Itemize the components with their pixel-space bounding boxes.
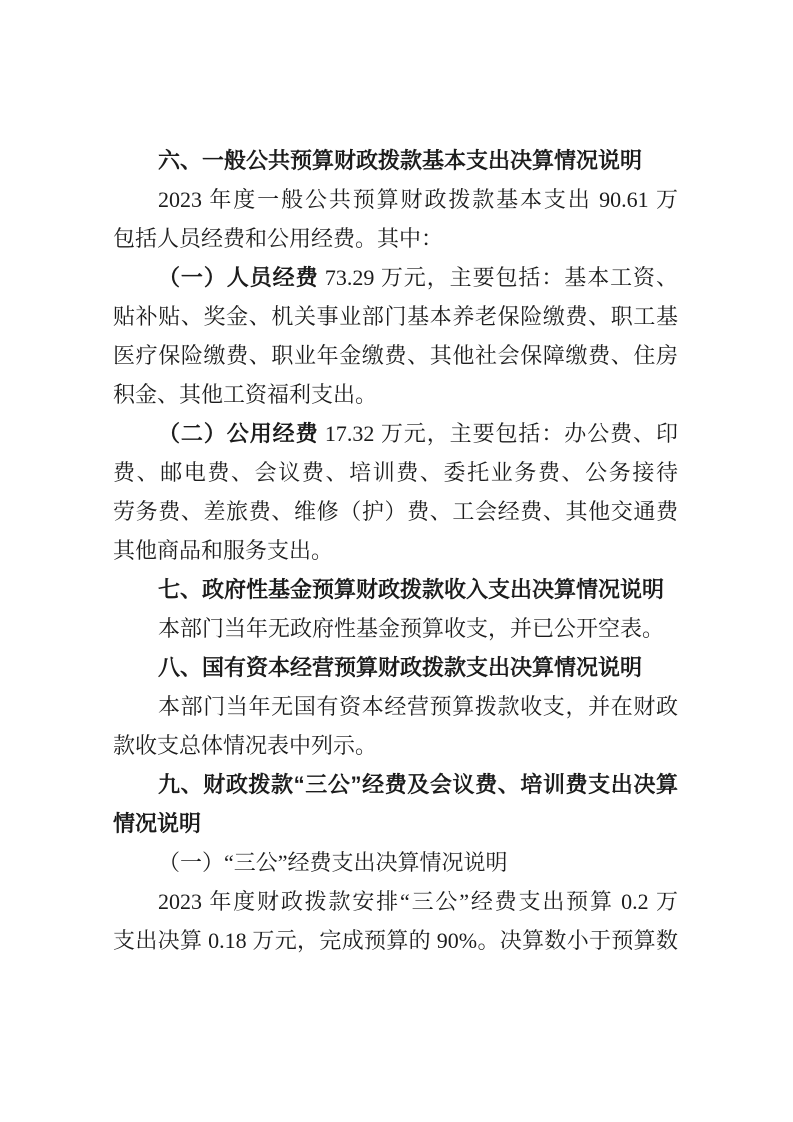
text-segment: 情况说明 xyxy=(113,811,201,836)
subsection-9-1-heading: （一）“三公”经费支出决算情况说明 xyxy=(113,843,678,882)
para-sangong-line-2: 支出决算 0.18 万元，完成预算的 90%。决算数小于预算数的 xyxy=(113,921,678,960)
text-segment: 医疗保险缴费、职业年金缴费、其他社会保障缴费、住房公 xyxy=(113,343,678,375)
text-segment: 款收支总体情况表中列示。 xyxy=(113,733,377,758)
para-public-expense-line-2: 费、邮电费、会议费、培训费、委托业务费、公务接待费、 xyxy=(113,453,678,492)
para-personnel-line-1: （一）人员经费 73.29 万元，主要包括：基本工资、津 xyxy=(113,258,678,297)
text-segment: 费、邮电费、会议费、培训费、委托业务费、公务接待费、 xyxy=(113,460,678,492)
text-segment: 劳务费、差旅费、维修（护）费、工会经费、其他交通费用、 xyxy=(113,499,678,531)
para-personnel-line-4: 积金、其他工资福利支出。 xyxy=(113,375,678,414)
text-segment: 七、政府性基金预算财政拨款收入支出决算情况说明 xyxy=(158,577,664,602)
text-segment: 本部门当年无政府性基金预算收支，并已公开空表。 xyxy=(158,616,664,641)
para-public-expense-line-4: 其他商品和服务支出。 xyxy=(113,531,678,570)
section-9-heading-line-2: 情况说明 xyxy=(113,804,678,843)
document-content: 六、一般公共预算财政拨款基本支出决算情况说明2023 年度一般公共预算财政拨款基… xyxy=(113,141,678,960)
section-9-heading-line-1: 九、财政拨款“三公”经费及会议费、培训费支出决算 xyxy=(113,765,678,804)
text-segment: （一）“三公”经费支出决算情况说明 xyxy=(158,850,508,875)
text-segment: 积金、其他工资福利支出。 xyxy=(113,382,377,407)
text-segment: 2023 年度财政拨款安排“三公”经费支出预算 0.2 万元， xyxy=(158,889,678,921)
para-public-expense-line-3: 劳务费、差旅费、维修（护）费、工会经费、其他交通费用、 xyxy=(113,492,678,531)
para-personnel-line-2: 贴补贴、奖金、机关事业部门基本养老保险缴费、职工基本 xyxy=(113,297,678,336)
text-segment: 支出决算 0.18 万元，完成预算的 90%。决算数小于预算数的 xyxy=(113,928,678,960)
section-8-heading: 八、国有资本经营预算财政拨款支出决算情况说明 xyxy=(113,648,678,687)
section-6-heading: 六、一般公共预算财政拨款基本支出决算情况说明 xyxy=(113,141,678,180)
text-segment: 包括人员经费和公用经费。其中： xyxy=(113,226,443,251)
text-segment: 本部门当年无国有资本经营预算拨款收支，并在财政拨 xyxy=(158,694,678,726)
text-segment: 其他商品和服务支出。 xyxy=(113,538,333,563)
para-basic-expenditure-line-1: 2023 年度一般公共预算财政拨款基本支出 90.61 万元， xyxy=(113,180,678,219)
para-basic-expenditure-line-2: 包括人员经费和公用经费。其中： xyxy=(113,219,678,258)
para-state-capital-line-2: 款收支总体情况表中列示。 xyxy=(113,726,678,765)
text-segment: 贴补贴、奖金、机关事业部门基本养老保险缴费、职工基本 xyxy=(113,304,678,336)
text-segment: 2023 年度一般公共预算财政拨款基本支出 90.61 万元， xyxy=(158,187,678,219)
text-segment: 九、财政拨款“三公”经费及会议费、培训费支出决算 xyxy=(158,772,678,797)
document-page: 六、一般公共预算财政拨款基本支出决算情况说明2023 年度一般公共预算财政拨款基… xyxy=(0,0,793,1122)
para-state-capital-line-1: 本部门当年无国有资本经营预算拨款收支，并在财政拨 xyxy=(113,687,678,726)
para-public-expense-line-1: （二）公用经费 17.32 万元，主要包括：办公费、印刷 xyxy=(113,414,678,453)
text-segment: 六、一般公共预算财政拨款基本支出决算情况说明 xyxy=(158,148,642,173)
para-personnel-line-3: 医疗保险缴费、职业年金缴费、其他社会保障缴费、住房公 xyxy=(113,336,678,375)
text-segment: （二）公用经费 xyxy=(158,421,319,446)
section-7-heading: 七、政府性基金预算财政拨款收入支出决算情况说明 xyxy=(113,570,678,609)
para-gov-fund-line-1: 本部门当年无政府性基金预算收支，并已公开空表。 xyxy=(113,609,678,648)
text-segment: 八、国有资本经营预算财政拨款支出决算情况说明 xyxy=(158,655,642,680)
para-sangong-line-1: 2023 年度财政拨款安排“三公”经费支出预算 0.2 万元， xyxy=(113,882,678,921)
text-segment: （一）人员经费 xyxy=(158,265,319,290)
